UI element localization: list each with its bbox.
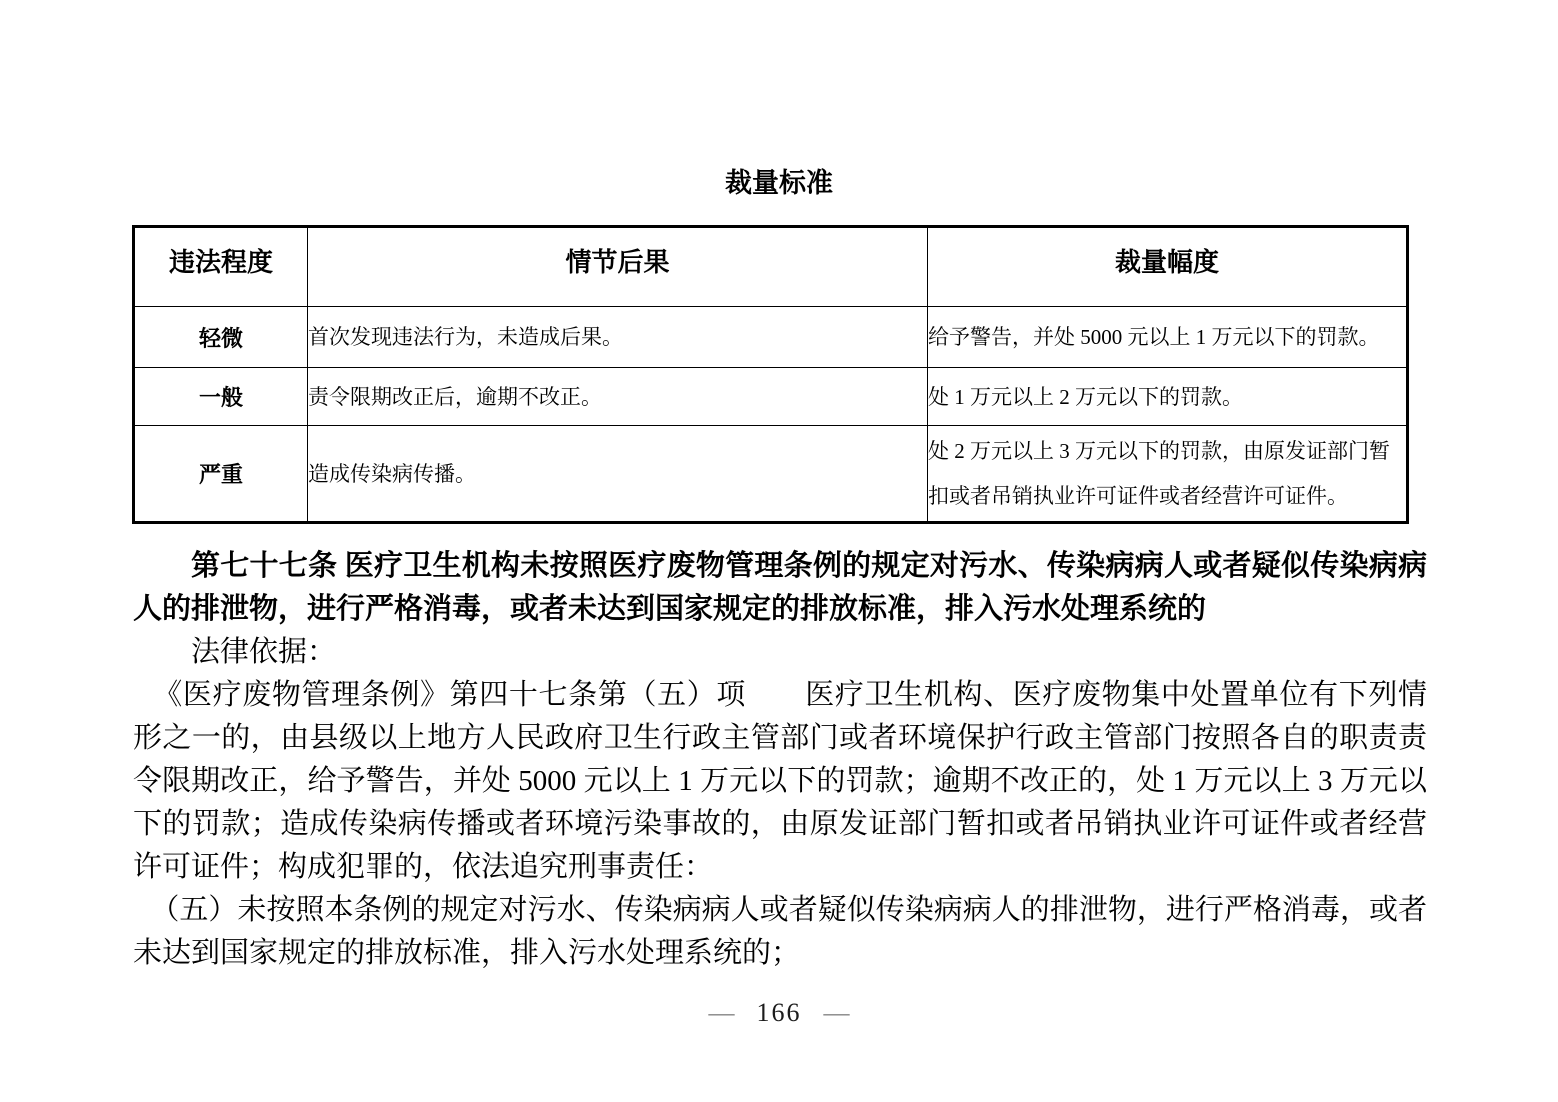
legal-basis-text: 《医疗废物管理条例》第四十七条第（五）项 医疗卫生机构、医疗废物集中处置单位有下…: [133, 674, 1427, 889]
discretion-standards-table: 违法程度 情节后果 裁量幅度 轻微 首次发现违法行为，未造成后果。 给予警告，并…: [132, 225, 1409, 524]
circumstance-cell: 造成传染病传播。: [308, 426, 928, 523]
table-row-severe: 严重 造成传染病传播。 处 2 万元以上 3 万元以下的罚款，由原发证部门暂扣或…: [134, 426, 1408, 523]
column-header-circumstance: 情节后果: [308, 227, 928, 307]
discretion-range-cell: 处 1 万元以上 2 万元以下的罚款。: [928, 368, 1408, 426]
article-heading: 第七十七条 医疗卫生机构未按照医疗废物管理条例的规定对污水、传染病病人或者疑似传…: [133, 545, 1427, 631]
footer-left-dash: —: [687, 998, 757, 1027]
legal-basis-label: 法律依据：: [133, 631, 1427, 674]
document-page: 裁量标准 违法程度 情节后果 裁量幅度 轻微 首次发现违法行为，未造成后果。 给…: [0, 0, 1558, 1102]
column-header-violation-level: 违法程度: [134, 227, 308, 307]
circumstance-cell: 责令限期改正后，逾期不改正。: [308, 368, 928, 426]
item-five-text: （五）未按照本条例的规定对污水、传染病病人或者疑似传染病病人的排泄物，进行严格消…: [133, 889, 1427, 975]
column-header-discretion-range: 裁量幅度: [928, 227, 1408, 307]
violation-level-cell: 严重: [134, 426, 308, 523]
page-number: 166: [757, 998, 802, 1027]
table-row-general: 一般 责令限期改正后，逾期不改正。 处 1 万元以上 2 万元以下的罚款。: [134, 368, 1408, 426]
table-header-row: 违法程度 情节后果 裁量幅度: [134, 227, 1408, 307]
discretion-range-cell: 处 2 万元以上 3 万元以下的罚款，由原发证部门暂扣或者吊销执业许可证件或者经…: [928, 426, 1408, 523]
table-row-minor: 轻微 首次发现违法行为，未造成后果。 给予警告，并处 5000 元以上 1 万元…: [134, 307, 1408, 368]
article-body: 第七十七条 医疗卫生机构未按照医疗废物管理条例的规定对污水、传染病病人或者疑似传…: [133, 545, 1427, 975]
page-footer: —166—: [0, 997, 1558, 1029]
footer-right-dash: —: [802, 998, 872, 1027]
page-title: 裁量标准: [0, 168, 1558, 198]
discretion-range-cell: 给予警告，并处 5000 元以上 1 万元以下的罚款。: [928, 307, 1408, 368]
violation-level-cell: 一般: [134, 368, 308, 426]
violation-level-cell: 轻微: [134, 307, 308, 368]
circumstance-cell: 首次发现违法行为，未造成后果。: [308, 307, 928, 368]
